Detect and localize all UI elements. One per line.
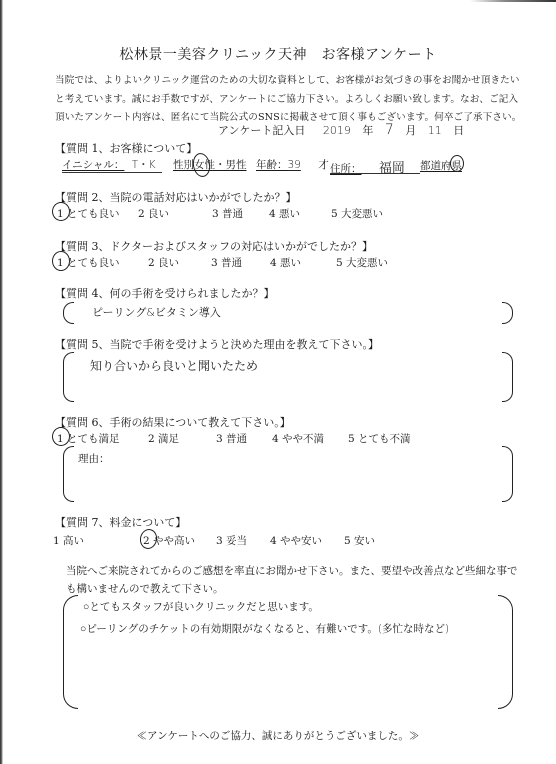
date-year[interactable]: 2019 xyxy=(323,124,351,137)
date-day-unit: 日 xyxy=(453,124,464,137)
q5-heading: 【質問 5、当院で手術を受けようと決めた理由を教えて下さい。】 xyxy=(55,336,379,352)
q3-selected-circle xyxy=(52,251,70,271)
q3-heading: 【質問 3、ドクターおよびスタッフの対応はいかがでしたか？】 xyxy=(55,238,373,254)
q6-bracket-right xyxy=(502,446,513,502)
initial-label: イニシャル： xyxy=(62,159,124,171)
q7-option-1[interactable]: 1 高い xyxy=(53,533,84,548)
gender-label: 性別 xyxy=(173,159,194,171)
q5-bracket-left xyxy=(63,352,74,402)
comments-line-2[interactable]: ○ピーリングのチケットの有効期限がなくなると、有難いです。(多忙な時など) xyxy=(80,621,449,636)
age-label: 年齢： xyxy=(256,159,288,171)
address-underline xyxy=(330,173,420,174)
q3-option-3[interactable]: 3 普通 xyxy=(211,255,242,270)
q6-option-4[interactable]: 4 やや不満 xyxy=(272,431,324,446)
page-title: 松林景一美容クリニック天神 お客様アンケート xyxy=(0,44,556,64)
date-month-unit: 月 xyxy=(405,124,416,137)
q1-initial-field[interactable]: イニシャル： T・K xyxy=(62,157,156,172)
gender-selected-circle xyxy=(191,152,212,179)
q3-option-4[interactable]: 4 悪い xyxy=(270,255,301,270)
comments-bracket-right xyxy=(498,595,513,709)
q5-answer[interactable]: 知り合いから良いと聞いたため xyxy=(90,357,258,374)
q5-bracket-right xyxy=(502,352,513,402)
scan-edge-top xyxy=(470,0,556,2)
q2-option-2[interactable]: 2 良い xyxy=(138,206,169,221)
date-label: アンケート記入日 xyxy=(218,124,305,137)
scan-edge-left xyxy=(0,0,3,764)
prefecture-selected-circle xyxy=(450,155,464,172)
q6-option-3[interactable]: 3 普通 xyxy=(216,431,247,446)
date-month[interactable]: 7 xyxy=(385,122,394,138)
age-value[interactable]: 39 xyxy=(288,159,315,171)
thank-you-footer: ≪アンケートへのご協力、誠にありがとうございました。≫ xyxy=(0,728,556,743)
q4-bracket-right xyxy=(502,302,513,324)
age-unit: 才 xyxy=(318,159,329,171)
q4-heading: 【質問 4、何の手術を受けられましたか？】 xyxy=(55,285,275,301)
q7-option-5[interactable]: 5 安い xyxy=(344,533,375,548)
comments-prompt: 当院へご来院されてからのご感想を率直にお聞かせ下さい。また、要望や改善点など些細… xyxy=(66,562,526,598)
q7-heading: 【質問 7、料金について】 xyxy=(55,514,186,530)
survey-date: アンケート記入日 2019 年 7 月 11 日 xyxy=(218,122,464,138)
q6-heading: 【質問 6、手術の結果について教えて下さい。】 xyxy=(55,414,291,430)
q2-option-4[interactable]: 4 悪い xyxy=(269,206,300,221)
initial-underline xyxy=(62,172,162,173)
initial-value[interactable]: T・K xyxy=(132,159,156,171)
q3-option-2[interactable]: 2 良い xyxy=(148,255,179,270)
q2-option-5[interactable]: 5 大変悪い xyxy=(331,206,383,221)
q7-option-4[interactable]: 4 やや安い xyxy=(270,533,322,548)
q4-bracket-left xyxy=(63,302,74,324)
q3-option-5[interactable]: 5 大変悪い xyxy=(336,255,388,270)
q7-option-3[interactable]: 3 妥当 xyxy=(216,533,247,548)
q6-bracket-left xyxy=(63,446,74,502)
q6-reason-label: 理由： xyxy=(78,451,110,466)
q2-selected-circle xyxy=(52,202,70,221)
comments-line-1[interactable]: ○とてもスタッフが良いクリニックだと思います。 xyxy=(83,599,319,614)
q2-option-3[interactable]: 3 普通 xyxy=(212,206,243,221)
date-year-unit: 年 xyxy=(362,124,373,137)
q6-selected-circle xyxy=(52,427,70,446)
q1-age-field[interactable]: 年齢：39 才 xyxy=(256,157,329,172)
intro-text: 当院では、よりよいクリニック運営のための大切な資料として、お客様がお気づきの事を… xyxy=(55,72,525,128)
q2-heading: 【質問 2、当院の電話対応はいかがでしたか？】 xyxy=(55,189,297,205)
comments-bracket-left xyxy=(63,595,78,709)
q6-option-5[interactable]: 5 とても不満 xyxy=(348,431,411,446)
q6-option-2[interactable]: 2 満足 xyxy=(148,431,179,446)
q1-heading: 【質問 1、お客様について】 xyxy=(55,140,197,156)
q4-answer[interactable]: ピーリング&ビタミン導入 xyxy=(92,304,221,320)
date-day[interactable]: 11 xyxy=(428,124,442,137)
